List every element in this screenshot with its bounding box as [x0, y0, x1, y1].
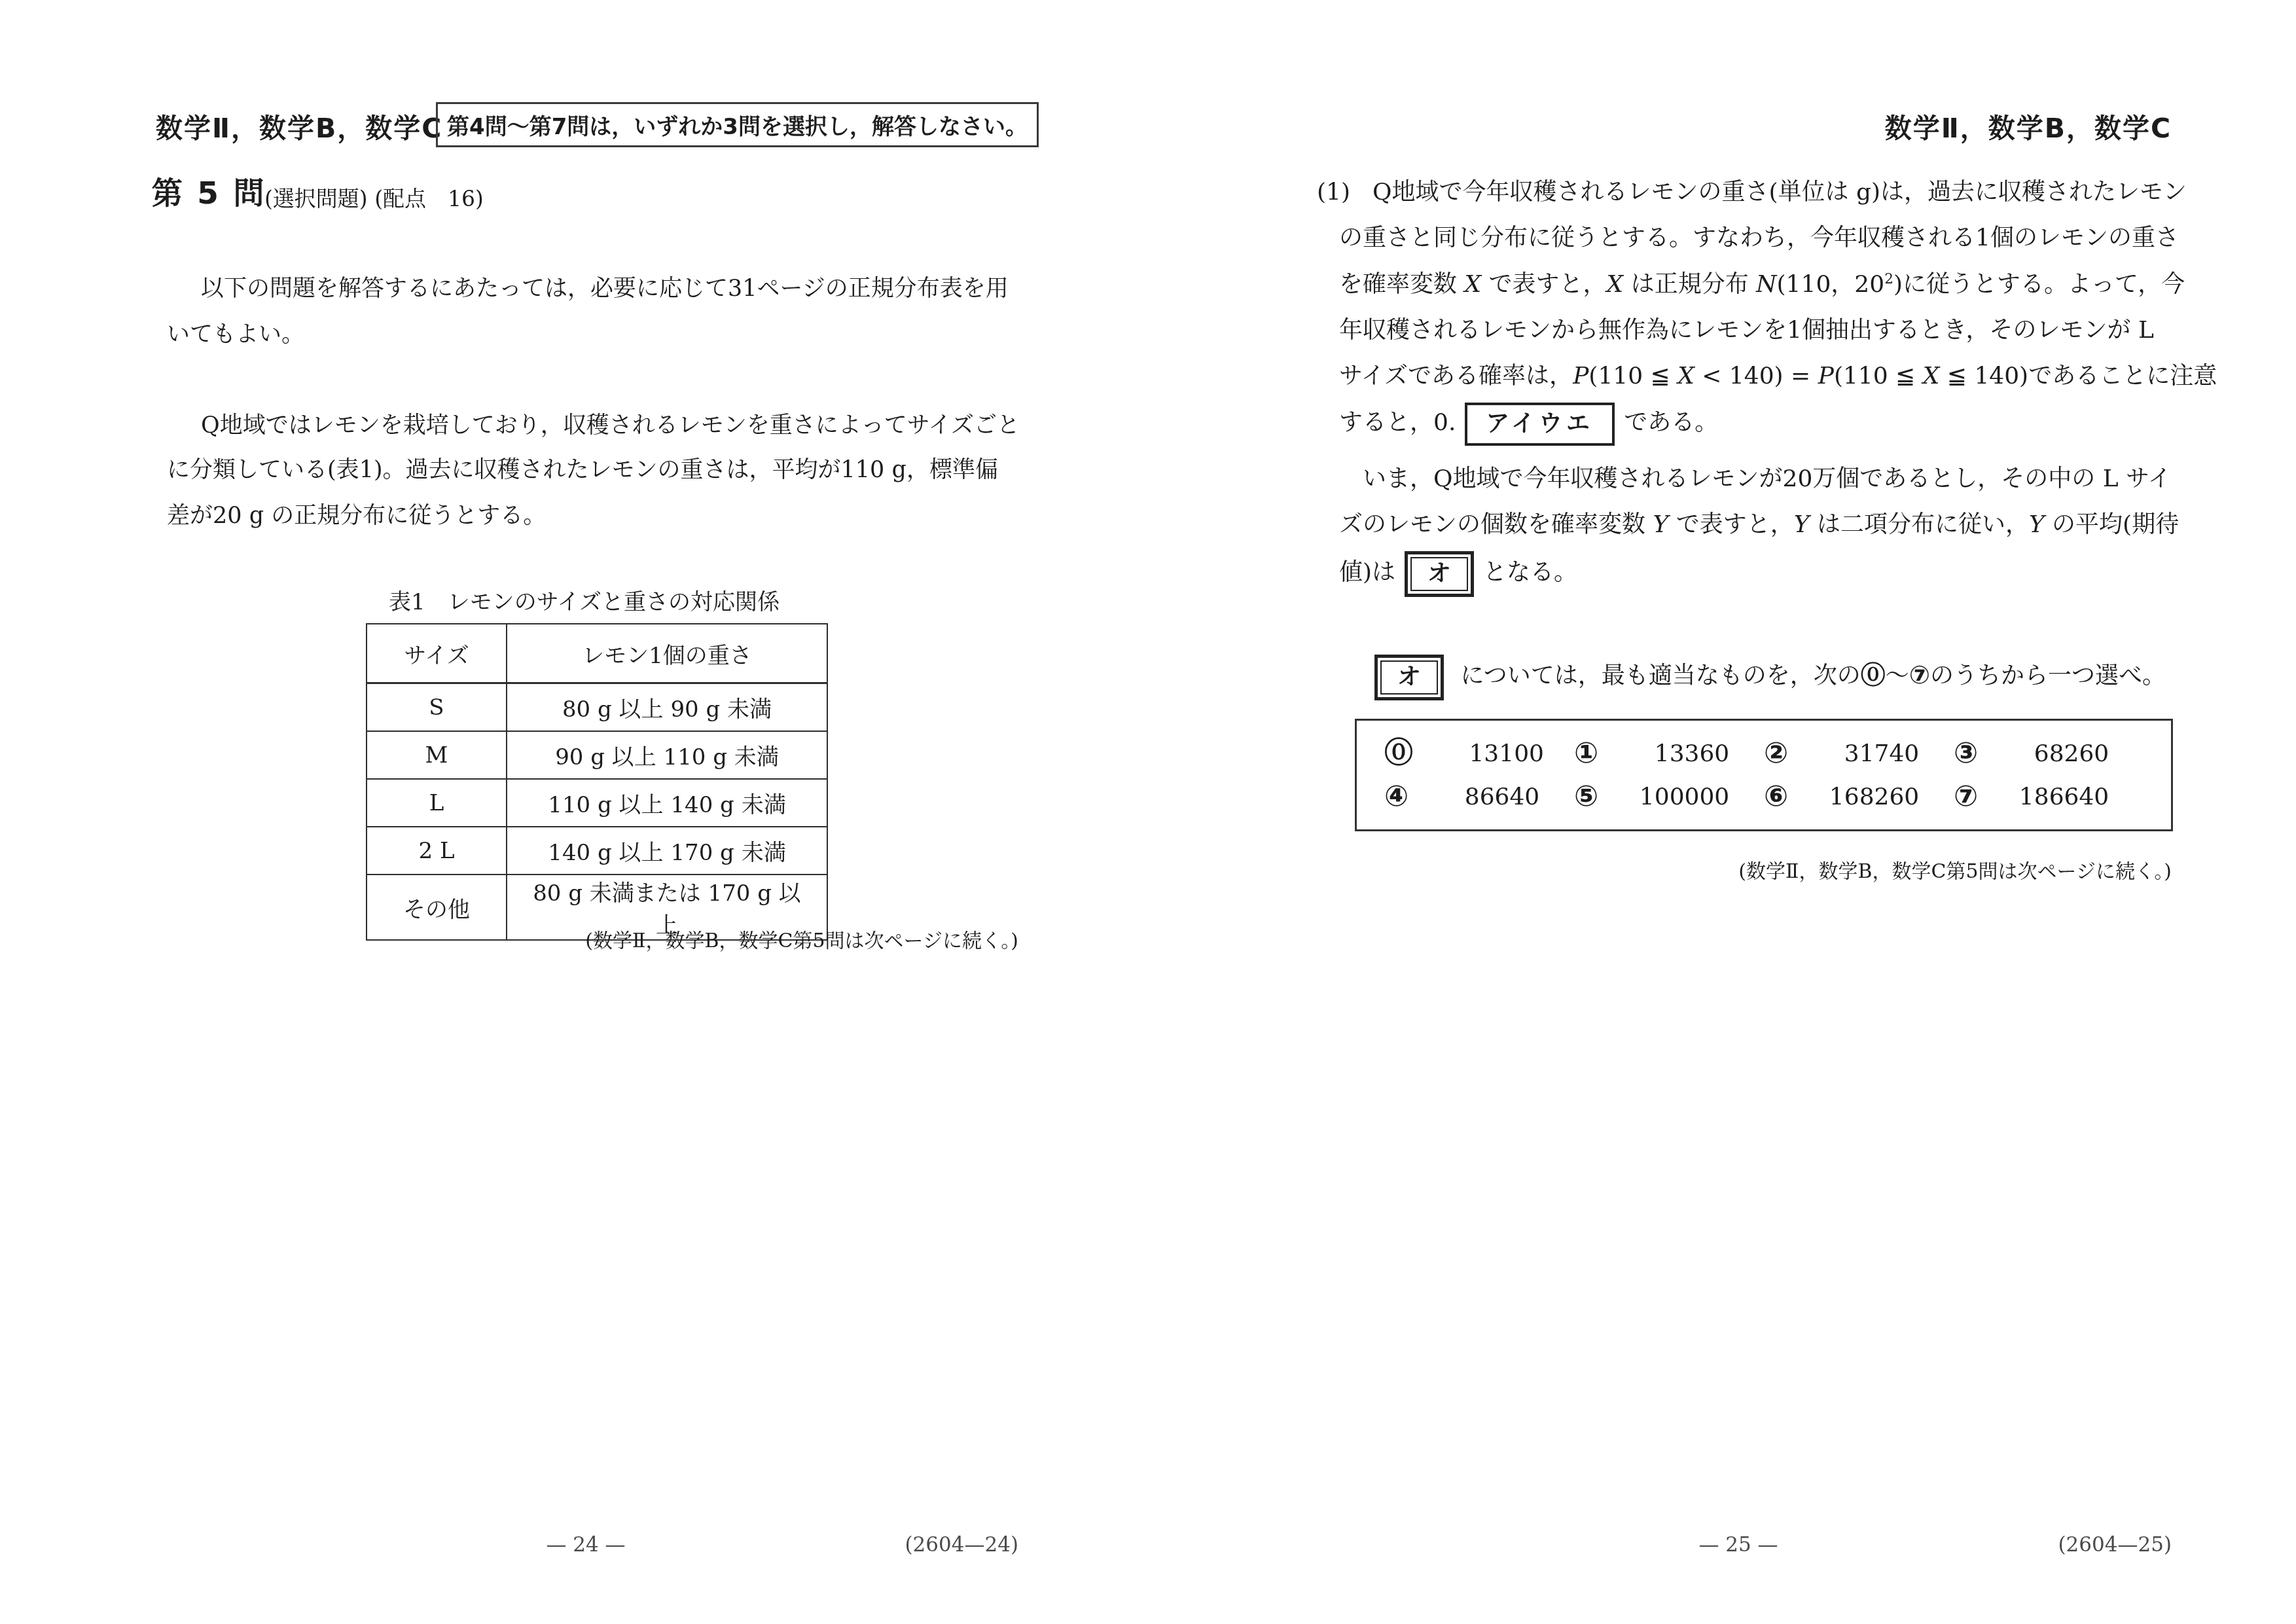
page-number-right: — 25 —: [1673, 1533, 1804, 1557]
selection-instruction-box: 第4問～第7問は，いずれか3問を選択し，解答しなさい。: [436, 102, 1039, 147]
option-value: 68260: [1978, 740, 2109, 767]
question-number-heading: 第 5 問: [152, 169, 266, 213]
problem-line: サイズである確率は，P(110 ≦ X < 140) = P(110 ≦ X ≦…: [1339, 359, 2217, 394]
option-value: 13100: [1413, 740, 1544, 767]
table-header-size: サイズ: [367, 624, 507, 683]
setup-line: Q地域ではレモンを栽培しており，収穫されるレモンを重さによってサイズごと: [201, 408, 1020, 443]
option-0: ⓪ 13100: [1384, 739, 1574, 768]
table-header-row: サイズ レモン1個の重さ: [367, 624, 827, 683]
option-7: ⑦ 186640: [1954, 782, 2144, 811]
problem-line: を確率変数 X で表すと，X は正規分布 N(110，202)に従うとする。よっ…: [1339, 267, 2185, 302]
weight-cell: 80 g 以上 90 g 未満: [507, 683, 827, 732]
circled-4-icon: ④: [1384, 782, 1408, 811]
choice-instruction-line: オ については，最も適当なものを，次の⓪～⑦のうちから一つ選べ。: [1365, 655, 2166, 700]
problem-line-answer-aiue: すると，0.アイウエである。: [1339, 403, 1718, 446]
page-code-left: (2604—24): [757, 1533, 1018, 1557]
option-value: 31740: [1788, 740, 1919, 767]
circled-2-icon: ②: [1764, 739, 1788, 768]
lemon-size-table: サイズ レモン1個の重さ S 80 g 以上 90 g 未満 M 90 g 以上…: [366, 623, 828, 941]
weight-cell: 140 g 以上 170 g 未満: [507, 827, 827, 875]
option-value: 168260: [1788, 784, 1919, 810]
table-caption: 表1 レモンのサイズと重さの対応関係: [389, 585, 780, 620]
option-value: 100000: [1598, 784, 1729, 810]
circled-3-icon: ③: [1954, 739, 1978, 768]
problem-line: (1)Q地域で今年収穫されるレモンの重さ(単位は g)は，過去に収穫されたレモン: [1317, 175, 2187, 210]
setup-line: 差が20 g の正規分布に従うとする。: [167, 498, 546, 533]
problem-line: ズのレモンの個数を確率変数 Y で表すと，Y は二項分布に従い，Y の平均(期待: [1339, 507, 2179, 543]
option-1: ① 13360: [1574, 739, 1764, 768]
weight-cell: 110 g 以上 140 g 未満: [507, 779, 827, 827]
continue-note-right: (数学Ⅱ，数学B，数学C第5問は次ページに続く。): [1518, 855, 2172, 884]
intro-line: いてもよい。: [167, 317, 304, 352]
table-row: 2 L 140 g 以上 170 g 未満: [367, 827, 827, 875]
circled-1-icon: ①: [1574, 739, 1598, 768]
table-row: L 110 g 以上 140 g 未満: [367, 779, 827, 827]
table-row: S 80 g 以上 90 g 未満: [367, 683, 827, 732]
subject-title-right: 数学Ⅱ，数学B，数学C: [1779, 107, 2172, 145]
size-cell: M: [367, 731, 507, 779]
size-cell: 2 L: [367, 827, 507, 875]
option-4: ④ 86640: [1384, 782, 1574, 811]
option-value: 13360: [1598, 740, 1729, 767]
option-5: ⑤ 100000: [1574, 782, 1764, 811]
option-6: ⑥ 168260: [1764, 782, 1954, 811]
question-meta: (選択問題) (配点 16): [264, 182, 484, 213]
weight-cell: 90 g 以上 110 g 未満: [507, 731, 827, 779]
problem-line: の重さと同じ分布に従うとする。すなわち，今年収穫される1個のレモンの重さ: [1339, 221, 2179, 256]
size-cell: L: [367, 779, 507, 827]
size-cell: S: [367, 683, 507, 732]
circled-5-icon: ⑤: [1574, 782, 1598, 811]
option-3: ③ 68260: [1954, 739, 2144, 768]
circled-7-icon: ⑦: [1954, 782, 1978, 811]
option-2: ② 31740: [1764, 739, 1954, 768]
table-header-weight: レモン1個の重さ: [507, 624, 827, 683]
problem-line: いま，Q地域で今年収穫されるレモンが20万個であるとし，その中の L サイ: [1363, 461, 2172, 497]
intro-line: 以下の問題を解答するにあたっては，必要に応じて31ページの正規分布表を用: [201, 271, 1009, 306]
exam-spread: 数学Ⅱ，数学B，数学C 第4問～第7問は，いずれか3問を選択し，解答しなさい。 …: [0, 0, 2296, 1624]
answer-options-box: ⓪ 13100 ① 13360 ② 31740 ③ 68260 ④ 86640 …: [1355, 719, 2173, 831]
option-value: 86640: [1408, 784, 1539, 810]
problem-line-answer-o: 値)はオとなる。: [1339, 551, 1577, 597]
page-code-right: (2604—25): [1911, 1533, 2172, 1557]
page-number-left: — 24 —: [520, 1533, 651, 1557]
problem-line: 年収穫されるレモンから無作為にレモンを1個抽出するとき，そのレモンが L: [1339, 313, 2154, 348]
continue-note-left: (数学Ⅱ，数学B，数学C第5問は次ページに続く。): [364, 924, 1018, 953]
circled-0-icon: ⓪: [1384, 739, 1413, 768]
table-row: M 90 g 以上 110 g 未満: [367, 731, 827, 779]
subject-title-left: 数学Ⅱ，数学B，数学C: [156, 107, 442, 145]
setup-line: に分類している(表1)。過去に収穫されたレモンの重さは，平均が110 g，標準偏: [167, 452, 998, 488]
circled-6-icon: ⑥: [1764, 782, 1788, 811]
option-value: 186640: [1978, 784, 2109, 810]
